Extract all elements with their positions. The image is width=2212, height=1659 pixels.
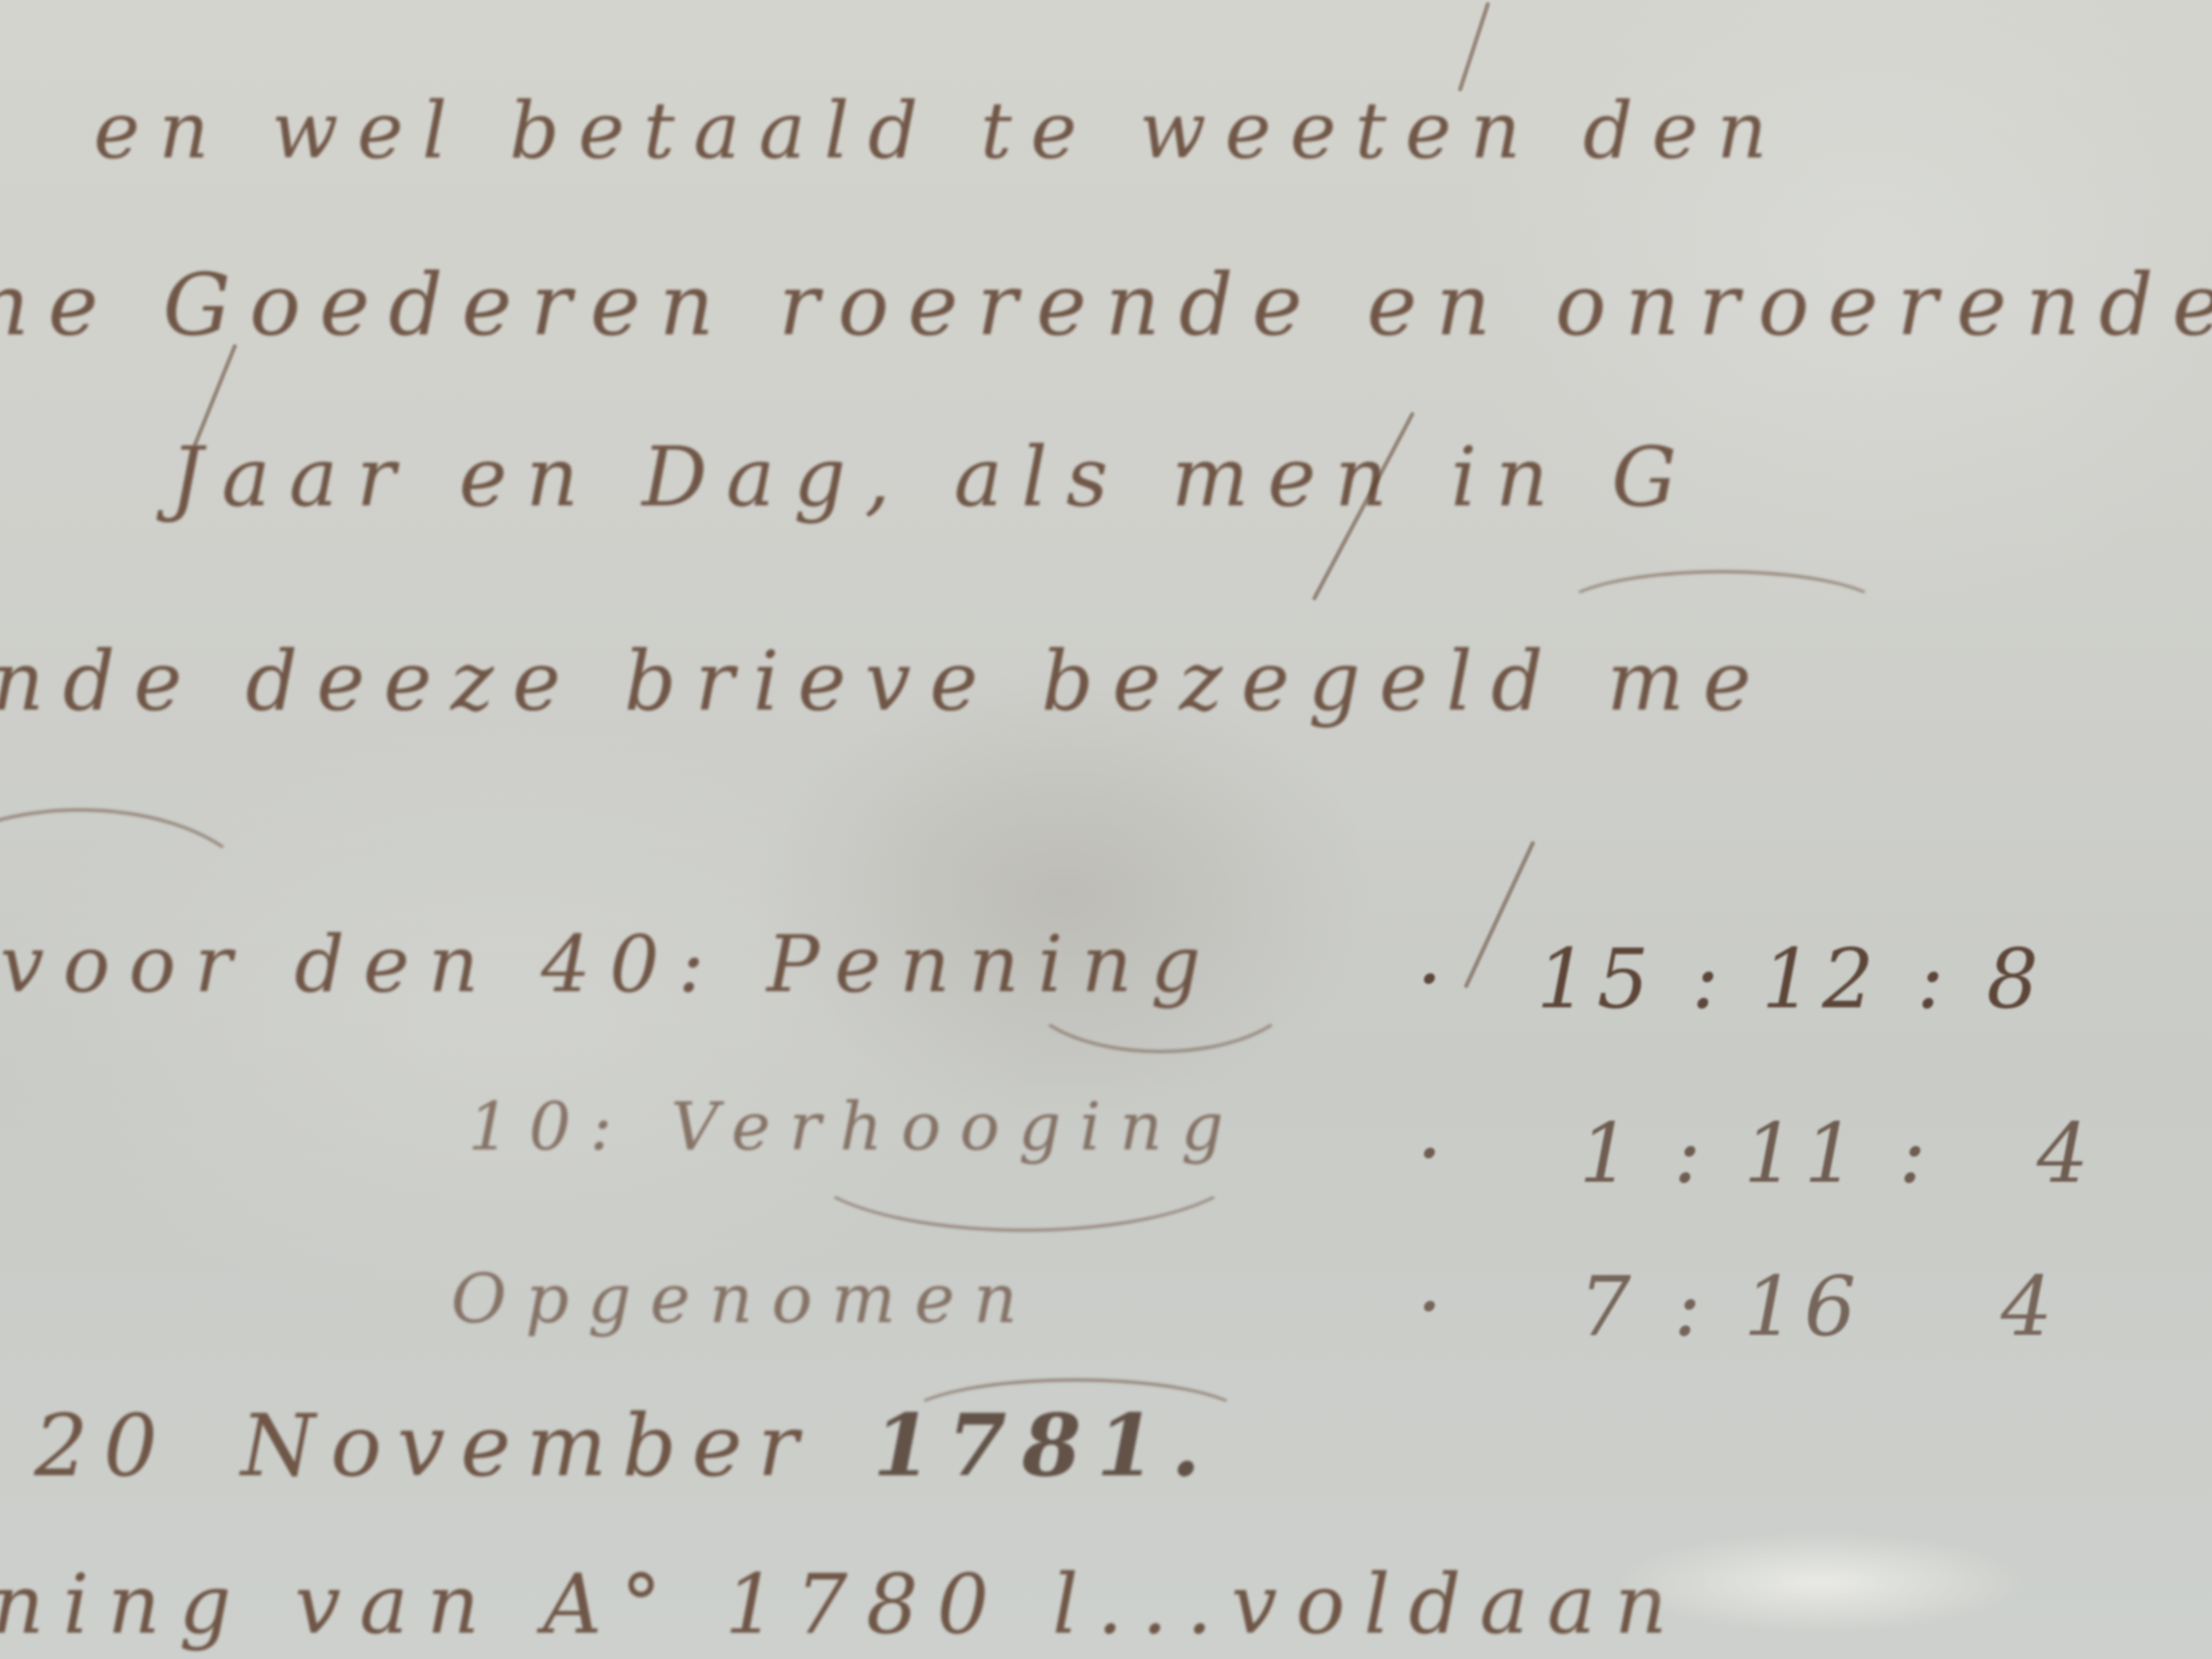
ledger-row-1-underflourish [1021, 919, 1300, 1053]
separator: : [1917, 932, 1953, 1027]
ledger-row-1-pence: 8 [1987, 932, 2047, 1027]
ledger-row-2-amount: · 1:11:4 [1417, 1106, 2097, 1201]
separator: : [1899, 1106, 1935, 1201]
ledger-row-1-pounds: 15 [1536, 932, 1657, 1027]
amount-dot: · [1417, 1259, 1451, 1354]
amount-dot: · [1417, 1106, 1451, 1201]
ledger-row-3-pence: 4 [2001, 1259, 2061, 1354]
amount-dot: · [1417, 932, 1451, 1027]
manuscript-line-4: nde deeze brieve bezegeld me [0, 634, 1770, 729]
ledger-row-2-pence: 4 [2037, 1106, 2097, 1201]
date-month: November [241, 1396, 813, 1496]
ledger-row-1-amount: · 15:12:8 [1417, 932, 2047, 1027]
ledger-row-3-shillings: 16 [1743, 1259, 1864, 1354]
manuscript-line-1: en wel betaald te weeten den [94, 85, 1786, 176]
ledger-row-2-underflourish [800, 1089, 1249, 1232]
ledger-row-2-pounds: 1 [1579, 1106, 1639, 1201]
ledger-row-1-shillings: 12 [1762, 932, 1883, 1027]
ledger-row-3-amount: · 7:164 [1417, 1259, 2061, 1354]
manuscript-line-2: ne Goederen roerende en onroerende [0, 255, 2212, 355]
manuscript-last-line: ning van A° 1780 l...voldaan [0, 1557, 1686, 1652]
ledger-row-3-label: Opgenomen [451, 1259, 1036, 1338]
date-year: 1781. [873, 1395, 1216, 1496]
top-descender-stroke [1457, 2, 1491, 92]
date-line: 20 November 1781. [34, 1395, 1216, 1496]
manuscript-line-3: Jaar en Dag, als men in G [170, 430, 1696, 525]
separator: : [1673, 1259, 1709, 1354]
ledger-row-3-pounds: 7 [1579, 1259, 1639, 1354]
ledger-row-2-shillings: 11 [1743, 1106, 1864, 1201]
paper-glare [1616, 1531, 2025, 1633]
date-day: 20 [34, 1396, 173, 1496]
separator: : [1691, 932, 1727, 1027]
manuscript-page: en wel betaald te weeten den ne Goederen… [0, 0, 2212, 1659]
separator: : [1673, 1106, 1709, 1201]
